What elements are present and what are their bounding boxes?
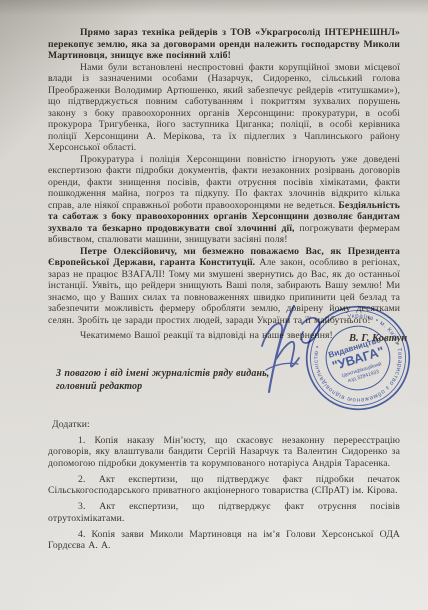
attachment-item-2: 2. Акт експертизи, що підтверджує факт п… [48,474,400,497]
paragraph-prosecutors: Прокуратура і поліція Херсонщини повніст… [48,154,400,246]
attachment-item-4: 4. Копія заяви Миколи Мартиновця на ім’я… [48,529,400,552]
attachment-item-1: 1. Копія наказу Мін’юсту, що скасовує не… [48,435,400,470]
attachment-item-3: 3. Акт експертизи, що підтверджує факт о… [48,501,400,524]
scanned-letter-page: Прямо зараз техніка рейдерів з ТОВ «Укра… [0,0,428,610]
paragraph-facts: Нами були встановлені неспростовні факти… [48,62,400,154]
letter-body: Прямо зараз техніка рейдерів з ТОВ «Укра… [0,0,428,552]
editor-name: В. Г. Ковтун [349,333,407,344]
lead-text: Прямо зараз техніка рейдерів з ТОВ «Укра… [48,27,400,61]
paragraph-lead: Прямо зараз техніка рейдерів з ТОВ «Укра… [48,27,400,62]
attachments-section: Додатки: 1. Копія наказу Мін’юсту, що ск… [48,419,400,552]
facts-text: Нами були встановлені неспростовні факти… [48,62,400,154]
